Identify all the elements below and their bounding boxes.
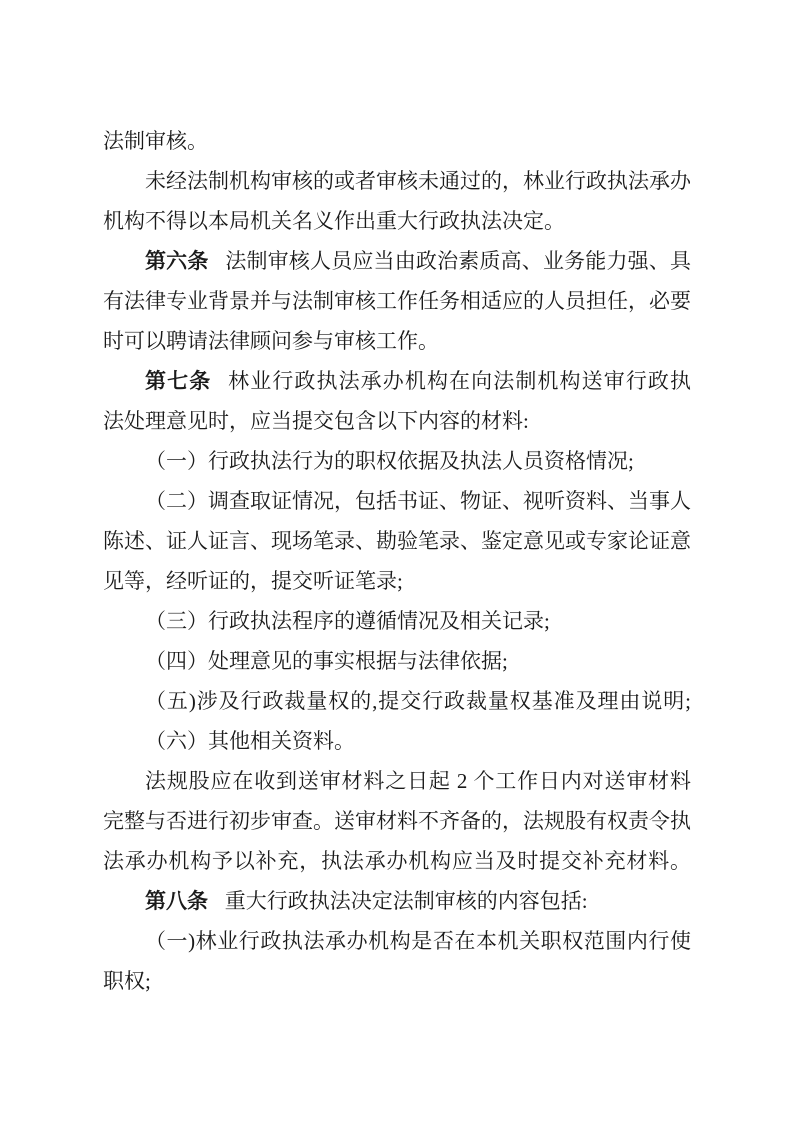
line-text: 法制审核。 [103, 129, 208, 153]
document-line: 陈述、证人证言、现场笔录、勘验笔录、鉴定意见或专家论证意 [103, 521, 691, 561]
line-text: 机构不得以本局机关名义作出重大行政执法决定。 [103, 209, 565, 233]
article-number: 第八条 [145, 890, 208, 913]
document-line: 法制审核。 [103, 121, 691, 161]
document-line: 法处理意见时，应当提交包含以下内容的材料: [103, 401, 691, 441]
line-text: 见等，经听证的，提交听证笔录; [103, 569, 403, 593]
article-number: 第六条 [145, 250, 209, 273]
document-line: 未经法制机构审核的或者审核未通过的，林业行政执法承办 [103, 161, 691, 201]
document-line: 有法律专业背景并与法制审核工作任务相适应的人员担任，必要 [103, 281, 691, 321]
line-text: 法规股应在收到送审材料之日起 2 个工作日内对送审材料 [145, 769, 691, 793]
line-text: 重大行政执法决定法制审核的内容包括: [225, 889, 588, 913]
document-body: 法制审核。未经法制机构审核的或者审核未通过的，林业行政执法承办机构不得以本局机关… [103, 121, 691, 1001]
document-line: （一)林业行政执法承办机构是否在本机关职权范围内行使 [103, 921, 691, 961]
line-text: 未经法制机构审核的或者审核未通过的，林业行政执法承办 [145, 169, 691, 193]
document-line: 第六条法制审核人员应当由政治素质高、业务能力强、具 [103, 241, 691, 281]
document-line: （三）行政执法程序的遵循情况及相关记录; [103, 601, 691, 641]
line-text: （一)林业行政执法承办机构是否在本机关职权范围内行使 [145, 929, 691, 953]
article-number: 第七条 [145, 370, 211, 393]
document-line: 法规股应在收到送审材料之日起 2 个工作日内对送审材料 [103, 761, 691, 801]
document-line: （二）调查取证情况，包括书证、物证、视听资料、当事人 [103, 481, 691, 521]
line-text: （四）处理意见的事实根据与法律依据; [145, 649, 508, 673]
document-line: 法承办机构予以补充，执法承办机构应当及时提交补充材料。 [103, 841, 691, 881]
document-line: 时可以聘请法律顾问参与审核工作。 [103, 321, 691, 361]
document-line: （六）其他相关资料。 [103, 721, 691, 761]
document-line: （四）处理意见的事实根据与法律依据; [103, 641, 691, 681]
document-line: 职权; [103, 961, 691, 1001]
line-text: 职权; [103, 969, 151, 993]
document-page: 法制审核。未经法制机构审核的或者审核未通过的，林业行政执法承办机构不得以本局机关… [0, 0, 793, 1122]
line-text: 完整与否进行初步审查。送审材料不齐备的，法规股有权责令执 [103, 809, 691, 833]
line-text: （一）行政执法行为的职权依据及执法人员资格情况; [145, 449, 634, 473]
line-text: （六）其他相关资料。 [145, 729, 355, 753]
document-line: 完整与否进行初步审查。送审材料不齐备的，法规股有权责令执 [103, 801, 691, 841]
line-text: 法处理意见时，应当提交包含以下内容的材料: [103, 409, 529, 433]
line-text: 有法律专业背景并与法制审核工作任务相适应的人员担任，必要 [103, 289, 691, 313]
document-line: 机构不得以本局机关名义作出重大行政执法决定。 [103, 201, 691, 241]
line-text: 陈述、证人证言、现场笔录、勘验笔录、鉴定意见或专家论证意 [103, 529, 691, 553]
document-line: （一）行政执法行为的职权依据及执法人员资格情况; [103, 441, 691, 481]
document-line: 第八条重大行政执法决定法制审核的内容包括: [103, 881, 691, 921]
line-text: 法承办机构予以补充，执法承办机构应当及时提交补充材料。 [103, 849, 691, 873]
document-line: （五)涉及行政裁量权的,提交行政裁量权基准及理由说明; [103, 681, 691, 721]
line-text: （五)涉及行政裁量权的,提交行政裁量权基准及理由说明; [145, 689, 691, 713]
document-line: 第七条林业行政执法承办机构在向法制机构送审行政执 [103, 361, 691, 401]
document-line: 见等，经听证的，提交听证笔录; [103, 561, 691, 601]
line-text: 时可以聘请法律顾问参与审核工作。 [103, 329, 439, 353]
line-text: 林业行政执法承办机构在向法制机构送审行政执 [228, 369, 691, 393]
line-text: （三）行政执法程序的遵循情况及相关记录; [145, 609, 550, 633]
line-text: （二）调查取证情况，包括书证、物证、视听资料、当事人 [145, 489, 691, 513]
line-text: 法制审核人员应当由政治素质高、业务能力强、具 [225, 249, 691, 273]
